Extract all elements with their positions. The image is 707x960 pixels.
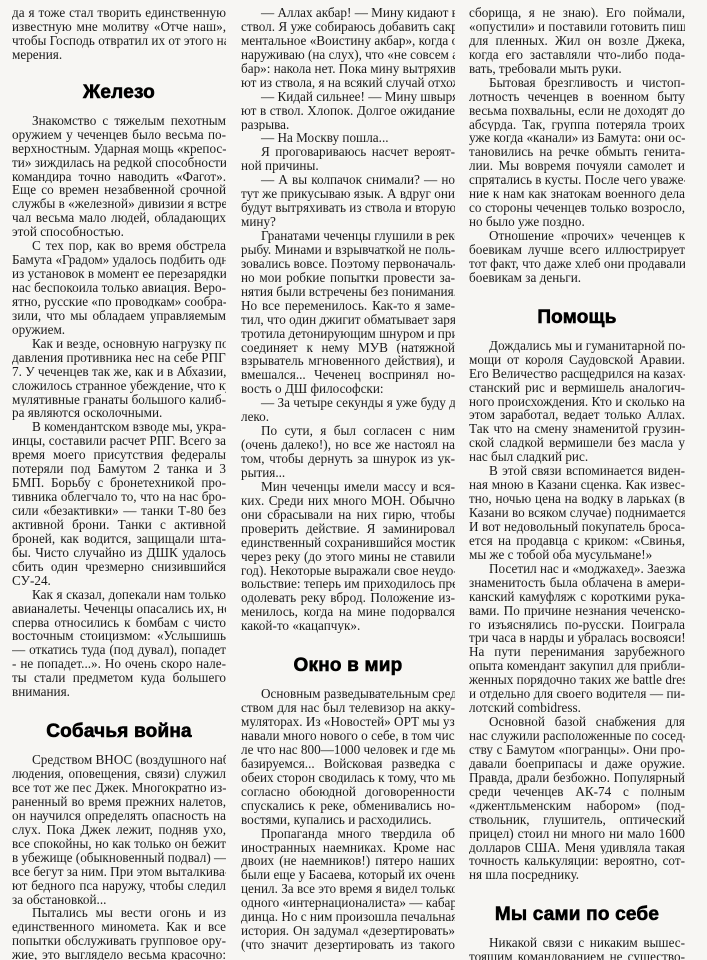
paragraph: Средством ВНОС (воздушного наб-людения, …: [12, 753, 226, 906]
text-line: Казани во всяком случае) поднимается.: [469, 506, 685, 520]
text-line: все тот же пес Джек. Многократно из-: [12, 781, 226, 795]
text-line: базируемся... Войсковая разведка с: [241, 757, 455, 771]
text-line: иностранных наемниках. Кроме нас: [241, 841, 455, 855]
text-line: мину?: [241, 215, 455, 229]
text-line: нас служили расположенные по сосед-: [469, 729, 685, 743]
text-line: были еще у Басаева, который их очень: [241, 868, 455, 882]
text-line: Средством ВНОС (воздушного наб-: [12, 753, 226, 767]
text-line: раненный во время прежних налетов,: [12, 795, 226, 809]
text-line: все бегут за ним. При этом выталкива-: [12, 865, 226, 879]
text-line: единственный сохранившийся мостик: [241, 536, 455, 550]
text-line: ют бедного пса наружу, чтобы следил: [12, 879, 226, 893]
text-line: востями, купались и расходились.: [241, 813, 455, 827]
text-line: из установок в момент ее перезарядки,: [12, 267, 226, 281]
text-line: тановились на речке обмыть генита-: [469, 145, 685, 159]
column-2: — Аллах акбар! — Мину кидают вствол. Я у…: [241, 6, 455, 952]
text-line: слух. Пока Джек лежит, подняв ухо,: [12, 823, 226, 837]
text-line: долларов США. Меня удивляла такая: [469, 841, 685, 855]
text-line: — На Москву пошла...: [241, 131, 455, 145]
text-line: нас был сладкий рис.: [469, 450, 685, 464]
text-line: три часа в нарды и убралась восвояси!: [469, 631, 685, 645]
text-line: абсурда. Так, группа потеряла троих: [469, 118, 685, 132]
text-line: зили, что мы обладаем управляемым: [12, 309, 226, 323]
paragraph: Знакомство с тяжелым пехотныморужием у ч…: [12, 114, 226, 239]
text-line: Как и везде, основную нагрузку по-: [12, 337, 226, 351]
text-line: сложилось странное убеждение, что ку-: [12, 379, 226, 393]
paragraph: — На Москву пошла...: [241, 131, 455, 145]
text-line: согласно обоюдной договоренности: [241, 785, 455, 799]
paragraph: Основным разведывательным сред-ством для…: [241, 687, 455, 826]
paragraph: Основной базой снабжения длянас служили …: [469, 715, 685, 882]
text-line: людения, оповещения, связи) служил: [12, 767, 226, 781]
text-line: вами. По причине незнания чеченско-: [469, 604, 685, 618]
section-heading: Помощь: [469, 307, 685, 329]
text-line: Никакой связи с никаким вышес-: [469, 936, 685, 950]
text-line: боевикам за деньги.: [469, 271, 685, 285]
text-line: ской сладкой вермишели без масла у: [469, 436, 685, 450]
text-line: (что значит дезертировать из такого: [241, 938, 455, 952]
text-line: тротила детонирующим шнуром и при-: [241, 327, 455, 341]
text-line: этой способностью.: [12, 225, 226, 239]
text-line: спрятались в кусты. После чего уваже-: [469, 173, 685, 187]
text-line: Гранатами чеченцы глушили в реке: [241, 229, 455, 243]
section-heading: Мы сами по себе: [469, 904, 685, 926]
text-line: «опустили» и поставили готовить пищу: [469, 20, 685, 34]
text-line: для пленных. Жил он возле Джека,: [469, 34, 685, 48]
text-line: ная мною в Казани сценка. Как извес-: [469, 478, 685, 492]
text-line: авианалеты. Чеченцы опасались их, но: [12, 602, 226, 616]
text-line: лотность чеченцев в военном быту: [469, 90, 685, 104]
paragraph: Посетил нас и «моджахед». Заезжаязнамени…: [469, 562, 685, 715]
text-line: Отношение «прочих» чеченцев к: [469, 229, 685, 243]
text-line: вость о ДШ философски:: [241, 382, 455, 396]
text-line: — Аллах акбар! — Мину кидают в: [241, 6, 455, 20]
text-line: Правда, драли безбожно. Популярный: [469, 771, 685, 785]
text-line: за обстановкой...: [12, 893, 226, 907]
text-line: лотский combidress.: [469, 701, 685, 715]
text-line: ством для нас был телевизор на акку-: [241, 701, 455, 715]
text-line: уже когда «канали» из Бамута: они ос-: [469, 131, 685, 145]
text-line: восточным стоицизмом: «Услышишь: [12, 629, 226, 643]
text-line: В комендантском взводе мы, укра-: [12, 420, 226, 434]
text-line: опыта комендант закупил для прибли-: [469, 659, 685, 673]
text-line: этом заработал, ведает только Аллах.: [469, 408, 685, 422]
text-line: Основной базой снабжения для: [469, 715, 685, 729]
text-line: давления противника нес на себе РПГ-: [12, 351, 226, 365]
paragraph: Никакой связи с никаким вышес-тоящим ком…: [469, 936, 685, 960]
text-line: активной брони. Танки с активной: [12, 518, 226, 532]
text-line: — А вы колпачок снимали? — но: [241, 173, 455, 187]
paragraph: Мин чеченцы имели массу и вся-ких. Среди…: [241, 480, 455, 633]
text-line: когда его заставляли что-либо пода-: [469, 48, 685, 62]
text-line: попытки обслуживать групповое ору-: [12, 934, 226, 948]
text-line: жие, это выглядело весьма красочно:: [12, 948, 226, 960]
text-line: сборища, я не знаю). Его поймали,: [469, 6, 685, 20]
text-line: ле что нас 800—1000 человек и где мы: [241, 743, 455, 757]
text-line: леко.: [241, 410, 455, 424]
text-line: нятия были встречены без понимания.: [241, 285, 455, 299]
text-line: Мин чеченцы имели массу и вся-: [241, 480, 455, 494]
paragraph: Я проговариваюсь насчет вероят-ной причи…: [241, 145, 455, 173]
text-line: тоящим командованием не существо-: [469, 950, 685, 960]
text-line: они сбрасывали на них гирю, чтобы: [241, 508, 455, 522]
text-line: ты стали предметом куда большего: [12, 671, 226, 685]
text-line: нас беспокоила только авиация. Веро-: [12, 281, 226, 295]
text-line: По сути, я был согласен с ним: [241, 424, 455, 438]
column-3: сборища, я не знаю). Его поймали,«опусти…: [469, 6, 685, 960]
text-line: обеих сторон сводилась к тому, что мы: [241, 771, 455, 785]
paragraph: Пытались мы вести огонь и изединственног…: [12, 906, 226, 960]
text-line: он научился определять опасность на: [12, 809, 226, 823]
paragraph: В комендантском взводе мы, укра-инцы, со…: [12, 420, 226, 587]
text-line: ной причины.: [241, 159, 455, 173]
text-line: взрыватель мгновенного действия), и: [241, 354, 455, 368]
text-line: мулятивные гранаты большого калиб-: [12, 393, 226, 407]
text-line: единственного миномета. Как и все: [12, 920, 226, 934]
text-line: ствол. Я уже собираюсь добавить сакра-: [241, 20, 455, 34]
text-line: какой-то «кацапчук».: [241, 619, 455, 633]
text-line: через реку (до этого мины не ставили: [241, 550, 455, 564]
text-line: одолевать реку вброд. Положение из-: [241, 591, 455, 605]
text-line: и отдельно для своего водителя — пи-: [469, 687, 685, 701]
text-line: тивника облегчало то, что на нас бро-: [12, 490, 226, 504]
text-line: давали боеприпасы и даже оружие.: [469, 757, 685, 771]
text-line: — откатись туда (под дувал), попадет: [12, 643, 226, 657]
text-line: ра являются осколочными.: [12, 406, 226, 420]
text-line: На пути перенимания зарубежного: [469, 645, 685, 659]
text-line: ют из ствола, я на всякий случай отхожу.: [241, 76, 455, 90]
text-line: Дождались мы и гуманитарной по-: [469, 339, 685, 353]
text-line: среди чеченцев АК-74 с полным: [469, 785, 685, 799]
paragraph: — За четыре секунды я уже буду да-леко.: [241, 396, 455, 424]
text-line: чал весьма мало людей, обладающих: [12, 211, 226, 225]
text-line: инцы, составили расчет РПГ. Всего за: [12, 434, 226, 448]
text-line: потеряли под Бамутом 2 танка и 3: [12, 462, 226, 476]
text-line: оружием.: [12, 323, 226, 337]
text-line: (очень далеко!), но все же настоял на: [241, 438, 455, 452]
text-line: службы в «железной» дивизии я встре-: [12, 197, 226, 211]
paragraph: сборища, я не знаю). Его поймали,«опусти…: [469, 6, 685, 76]
text-line: ству с Бамутом «погранцы». Они про-: [469, 743, 685, 757]
text-line: мощи от короля Саудовской Аравии.: [469, 353, 685, 367]
text-line: Так что на смену знаменитой грузин-: [469, 422, 685, 436]
text-line: все спокойны, но как только он бежит: [12, 837, 226, 851]
text-line: - не попадет...». Но очень скоро нале-: [12, 657, 226, 671]
text-line: С тех пор, как во время обстрела: [12, 239, 226, 253]
text-line: БМП. Борьбу с бронетехникой про-: [12, 476, 226, 490]
text-line: канский камуфляж с короткими рука-: [469, 590, 685, 604]
text-line: ние к нам как знатокам военного дела: [469, 187, 685, 201]
text-line: тно, ночью цена на водку в ларьках (в: [469, 492, 685, 506]
text-line: Его Величество расщедрился на казах-: [469, 367, 685, 381]
text-line: ют в ствол. Хлопок. Долгое ожидание: [241, 104, 455, 118]
paragraph: В этой связи вспоминается виден-ная мною…: [469, 464, 685, 562]
section-heading: Окно в мир: [241, 655, 455, 677]
text-line: зовались вовсе. Поэтому первоначаль-: [241, 257, 455, 271]
text-line: чтобы Господь отвратил их от этого на-: [12, 34, 226, 48]
paragraph: Как и везде, основную нагрузку по-давлен…: [12, 337, 226, 421]
text-line: лии. Мы вовремя почуяли самолет и: [469, 159, 685, 173]
text-line: прицел) стоил ни много ни мало 1600: [469, 827, 685, 841]
paragraph: С тех пор, как во время обстрелаБамута «…: [12, 239, 226, 337]
text-line: сили «безактивки» — танки Т-80 без: [12, 504, 226, 518]
text-line: бар»: накола нет. Пока мину вытряхива-: [241, 62, 455, 76]
text-line: Как я сказал, допекали нам только: [12, 588, 226, 602]
text-line: ятно, русские «по проводкам» сообра-: [12, 295, 226, 309]
text-line: будут вытряхивать из ствола и вторую: [241, 201, 455, 215]
text-line: тут же прикусываю язык. А вдруг они: [241, 187, 455, 201]
text-line: мерения.: [12, 48, 226, 62]
text-line: динца. Но с ним произошла печальная: [241, 910, 455, 924]
text-line: оружием у чеченцев было весьма по-: [12, 128, 226, 142]
text-line: точность калькуляции: вероятно, сот-: [469, 854, 685, 868]
text-line: муляторах. Из «Новостей» ОРТ мы уз-: [241, 715, 455, 729]
text-line: боевикам лучше всего иллюстрирует: [469, 243, 685, 257]
text-line: Еще со времен незабвенной срочной: [12, 183, 226, 197]
text-line: И вот недовольный покупатель броса-: [469, 520, 685, 534]
text-line: но было уже поздно.: [469, 215, 685, 229]
text-line: ких. Среди них много МОН. Обычно: [241, 494, 455, 508]
text-line: одного «интернационалиста» — кабар-: [241, 896, 455, 910]
section-heading: Железо: [12, 82, 226, 104]
text-line: ствольник, глушитель, оптический: [469, 813, 685, 827]
text-line: Посетил нас и «моджахед». Заезжая: [469, 562, 685, 576]
text-line: спускались к реке, обменивались но-: [241, 799, 455, 813]
text-line: менилось, когда на мине подорвался: [241, 605, 455, 619]
text-line: бы. Чисто случайно из ДШК удалось: [12, 546, 226, 560]
text-line: ня шла посреднику.: [469, 868, 685, 882]
text-line: рыбу. Минами и взрывчаткой не поль-: [241, 243, 455, 257]
text-line: мы же с тобой оба мусульмане!»: [469, 548, 685, 562]
paragraph: Как я сказал, допекали нам толькоавианал…: [12, 588, 226, 700]
text-line: известную мне молитву «Отче наш»,: [12, 20, 226, 34]
text-line: Пропаганда много твердила об: [241, 827, 455, 841]
text-line: Основным разведывательным сред-: [241, 687, 455, 701]
text-line: станский рис и вермишель аналогич-: [469, 381, 685, 395]
text-line: да я тоже стал творить единственную: [12, 6, 226, 20]
text-line: год). Некоторые выражали свое неудо-: [241, 564, 455, 578]
text-line: СУ-24.: [12, 574, 226, 588]
text-line: вать, требовали мыть руки.: [469, 62, 685, 76]
text-line: «джентльменским набором» (под-: [469, 799, 685, 813]
text-line: со стороны чеченцев только возросло,: [469, 201, 685, 215]
paragraph: да я тоже стал творить единственнуюизвес…: [12, 6, 226, 62]
text-line: — Кидай сильнее! — Мину швыря-: [241, 90, 455, 104]
text-line: вольствие: теперь им приходилось пре-: [241, 577, 455, 591]
text-line: Знакомство с тяжелым пехотным: [12, 114, 226, 128]
paragraph: Дождались мы и гуманитарной по-мощи от к…: [469, 339, 685, 464]
text-line: внимания.: [12, 685, 226, 699]
paragraph: — Кидай сильнее! — Мину швыря-ют в ствол…: [241, 90, 455, 132]
text-line: Бамута «Градом» удалось подбить одну: [12, 253, 226, 267]
text-line: вмешался... Чеченец воспринял но-: [241, 368, 455, 382]
text-line: броней, как водится, защищали шта-: [12, 532, 226, 546]
text-line: го изъяснялись по-русски. Поиграла: [469, 618, 685, 632]
text-line: ного происхождения. Кто и сколько на: [469, 395, 685, 409]
paragraph: Отношение «прочих» чеченцев кбоевикам лу…: [469, 229, 685, 285]
text-line: навали много нового о себе, в том чис-: [241, 729, 455, 743]
paragraph: — А вы колпачок снимали? — нотут же прик…: [241, 173, 455, 229]
text-line: но мои робкие попытки провести за-: [241, 271, 455, 285]
text-line: тил, что один джигит обматывает заряд: [241, 313, 455, 327]
text-line: ти» зиждилась на редкой способности: [12, 156, 226, 170]
text-line: 7. У чеченцев так же, как и в Абхазии,: [12, 365, 226, 379]
text-line: знаменитость была облачена в амери-: [469, 576, 685, 590]
text-line: Пытались мы вести огонь и из: [12, 906, 226, 920]
column-1: да я тоже стал творить единственнуюизвес…: [12, 6, 226, 960]
text-line: Но все переменилось. Как-то я заме-: [241, 299, 455, 313]
text-line: время моего присутствия федералы: [12, 448, 226, 462]
magazine-page: да я тоже стал творить единственнуюизвес…: [0, 0, 707, 960]
paragraph: Бытовая брезгливость и чистоп-лотность ч…: [469, 76, 685, 229]
text-line: сперва относились к бомбам с чисто: [12, 616, 226, 630]
text-line: командира точно наводить «Фагот».: [12, 170, 226, 184]
text-line: рытия...: [241, 466, 455, 480]
text-line: соединяет к нему МУВ (натяжной: [241, 341, 455, 355]
section-heading: Собачья война: [12, 721, 226, 743]
text-line: ментальное «Воистину акбар», когда об-: [241, 34, 455, 48]
text-line: сбить один чрезмерно снизившийся: [12, 560, 226, 574]
text-line: Бытовая брезгливость и чистоп-: [469, 76, 685, 90]
text-line: Я проговариваюсь насчет вероят-: [241, 145, 455, 159]
paragraph: Гранатами чеченцы глушили в рекерыбу. Ми…: [241, 229, 455, 396]
text-line: наруживаю (на слух), что «не совсем ак-: [241, 48, 455, 62]
text-line: разрыва.: [241, 118, 455, 132]
text-line: верхностным. Ударная мощь «крепос-: [12, 142, 226, 156]
text-line: в убежище (обыкновенный подвал) —: [12, 851, 226, 865]
text-line: история. Он задумал «дезертировать»: [241, 924, 455, 938]
text-line: — За четыре секунды я уже буду да-: [241, 396, 455, 410]
text-line: ется на продавца с криком: «Свинья,: [469, 534, 685, 548]
paragraph: Пропаганда много твердила обиностранных …: [241, 827, 455, 952]
text-line: том, чтобы дернуть за шнурок из ук-: [241, 452, 455, 466]
paragraph: — Аллах акбар! — Мину кидают вствол. Я у…: [241, 6, 455, 90]
text-line: двоих (не наемников!) пятеро наших: [241, 854, 455, 868]
text-line: В этой связи вспоминается виден-: [469, 464, 685, 478]
text-line: женных порядочно таких же battle dress: [469, 673, 685, 687]
text-line: проверить действие. Я заминировал: [241, 522, 455, 536]
text-line: тот факт, что даже хлеб они продавали: [469, 257, 685, 271]
text-line: ценил. За все это время я видел только: [241, 882, 455, 896]
text-line: весьма похвальны, если не доходят до: [469, 104, 685, 118]
paragraph: По сути, я был согласен с ним(очень дале…: [241, 424, 455, 480]
